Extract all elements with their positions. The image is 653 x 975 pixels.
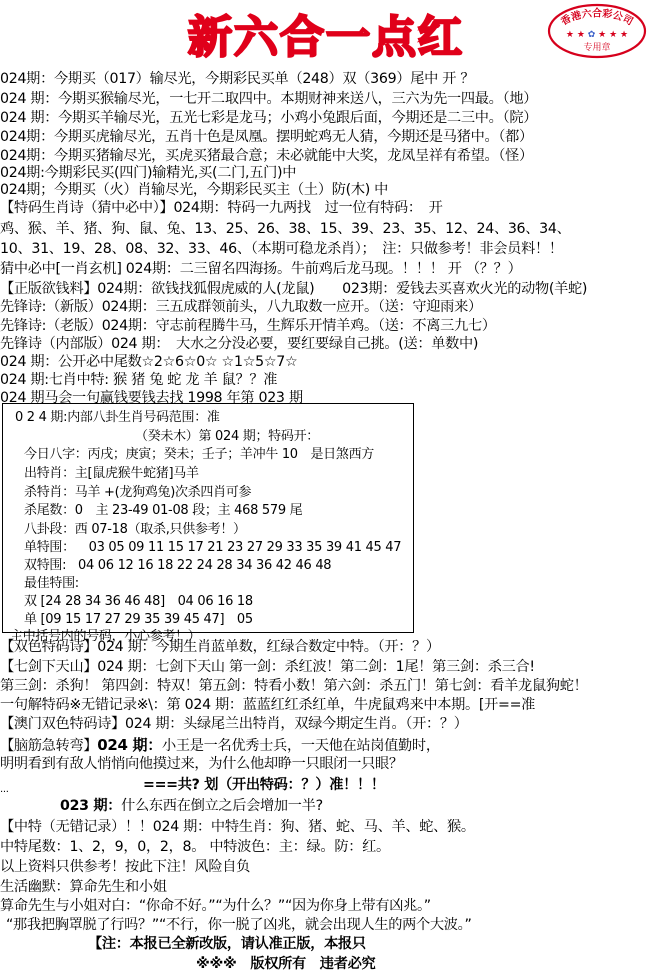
pioneer-poem-line: 先锋诗（内部版）024 期： 大水之分没必要，要红要绿自己挑。(送：单数中) bbox=[0, 335, 478, 354]
number-list-line: 鸡、猴、羊、猪、狗、鼠、兔、13、25、26、38、15、39、23、35、12… bbox=[0, 220, 571, 239]
ellipsis: ... bbox=[0, 780, 9, 799]
seven-zodiac-line: 024 期:七肖中特: 猴 猪 兔 蛇 龙 羊 鼠？？准 bbox=[0, 371, 277, 390]
one-sentence-code: 一句解特码※无错记录※\：第 024 期：蓝蓝红红杀红单，牛虎鼠鸡来中本期。[开… bbox=[0, 696, 535, 715]
disclaimer-line: 以上资料只供参考！按此下注！风险自负 bbox=[0, 858, 250, 877]
prev-riddle-question: 什么东西在倒立之后会增加一半? bbox=[121, 798, 323, 814]
riddle-issue: 024 期： bbox=[97, 736, 162, 754]
pioneer-poem-line: 先锋诗:（新版）024期：三五成群领前头，八九取数一应开。（送：守迎雨来） bbox=[0, 298, 482, 317]
section-zhengban: 【正版欲钱料】024期：欲钱找狐假虎威的人(龙鼠) 023期：爱钱去买喜欢火光的… bbox=[0, 280, 587, 299]
dan-te-wei-label: 单特围： bbox=[24, 540, 75, 555]
prediction-line: 024 期：今期买猴输尽光，一七开二取四中。本期财神来送八，三六为先一四最。（地… bbox=[0, 90, 537, 109]
section-macau-double-color: 【澳门双色特码诗】024 期：头绿尾兰出特肖，双绿今期定生肖。（开：？） bbox=[0, 715, 468, 734]
shuang-te-wei-line: 双特围: 04 06 12 16 18 22 24 28 34 36 42 46… bbox=[24, 557, 331, 574]
company-seal-stamp: 香港六合彩公司 ★ ★ ✿ ★ ★ ★ 专用章 bbox=[546, 2, 648, 60]
seven-swords-continued: 第三剑：杀狗！ 第四剑：特双！第五剑：特看小数！第六剑：杀五门！第七剑：看羊龙鼠… bbox=[0, 677, 588, 696]
box-subtitle: （癸未木）第 024 期；特码开： bbox=[135, 428, 319, 445]
footer-copyright: ※※※ 版权所有 违者必究 bbox=[196, 955, 375, 974]
shuang-te-wei-numbers: 04 06 12 16 18 22 24 28 34 36 42 46 48 bbox=[78, 558, 331, 573]
section-double-color: 【双色特码诗】024 期：今期生肖蓝单数，红绿合数定中特。（开：？） bbox=[0, 638, 440, 657]
shuang-te-wei-label: 双特围: bbox=[24, 558, 66, 573]
svg-text:★ ★ ✿ ★ ★ ★: ★ ★ ✿ ★ ★ ★ bbox=[566, 30, 628, 40]
riddle-line: 【脑筋急转弯】024 期：小王是一名优秀士兵，一天他在站岗值勤时， bbox=[0, 736, 440, 756]
bagua-duan-line: 八卦段：西 07-18（取杀,只供参考！） bbox=[24, 521, 246, 538]
box-title: 0 2 4 期:内部八卦生肖号码范围：准 bbox=[15, 409, 220, 426]
pioneer-poem-line: 先锋诗:（老版）024期：守志前程腾牛马，生辉乐开情羊鸡。（送：不离三九七） bbox=[0, 317, 496, 336]
svg-text:专用章: 专用章 bbox=[583, 41, 610, 53]
dan-te-wei-line: 单特围： 03 05 09 11 15 17 21 23 27 29 33 35… bbox=[24, 539, 401, 556]
bazi-line: 今日八字：丙戌；庚寅；癸未；壬子；羊冲牛 10 是日煞西方 bbox=[24, 446, 374, 463]
riddle-label: 【脑筋急转弯】 bbox=[0, 738, 97, 754]
footer-notice: 【注：本报已全新改版，请认准正版，本报只 bbox=[88, 935, 366, 954]
best-dan-line: 单 [09 15 17 27 29 35 39 45 47] 05 bbox=[24, 611, 253, 628]
number-list-line: 10、31、19、28、08、32、33、46、（本期可稳龙杀肖）； 注：只做参… bbox=[0, 240, 563, 259]
humor-title: 生活幽默：算命先生和小姐 bbox=[0, 878, 167, 897]
sha-wei-shu-line: 杀尾数：0 主 23-49 01-08 段；主 468 579 尾 bbox=[24, 502, 302, 519]
riddle-question-1: 小王是一名优秀士兵，一天他在站岗值勤时， bbox=[162, 738, 440, 754]
section-zodiac-poem: 【特码生肖诗（猜中必中）】024期：特码一九两找 过一位有特码： 开 bbox=[0, 199, 443, 218]
riddle-question-2: 明明看到有敌人悄悄向他摸过来，为什么他却睁一只眼闭一只眼？ bbox=[0, 755, 403, 774]
sha-te-xiao-line: 杀特肖：马羊 +(龙狗鸡兔)次杀四肖可参 bbox=[24, 484, 251, 501]
section-seven-swords: 【七剑下天山】024 期：七剑下天山 第一剑：杀红波！第二剑：1尾！第三剑：杀三… bbox=[0, 658, 535, 677]
zhongte-tail-color-line: 中特尾数：1、2，9，0，2，8。 中特波色：主：绿。防：红。 bbox=[0, 838, 390, 857]
page-title: 新六合一点红 bbox=[186, 10, 466, 65]
prediction-line: 024期：今期买虎输尽光，五肖十色是凤凰。摆明蛇鸡无人猜，今期还是马猪中。（都） bbox=[0, 128, 533, 147]
humor-line-1: 算命先生与小姐对白：“你命不好。”“为什么？”“因为你身上带有凶兆。” bbox=[0, 897, 431, 916]
chu-te-xiao-line: 出特肖：主[鼠虎猴牛蛇猪]马羊 bbox=[24, 465, 199, 482]
tail-number-line: 024 期：公开必中尾数☆2☆6☆0☆ ☆1☆5☆7☆ bbox=[0, 353, 297, 372]
best-label: 最佳特围: bbox=[24, 575, 79, 592]
seal-icon: 香港六合彩公司 ★ ★ ✿ ★ ★ ★ 专用章 bbox=[546, 2, 648, 60]
best-shuang-line: 双 [24 28 34 36 46 48] 04 06 16 18 bbox=[24, 593, 253, 610]
humor-line-2: “那我把胸罩脱了行吗？”“不行，你一脱了凶兆，就会出现人生的两个大波。” bbox=[6, 916, 472, 935]
riddle-answer: ===共? 划（开出特码：？）准！！！ bbox=[143, 776, 385, 795]
prev-riddle-issue: 023 期： bbox=[60, 798, 121, 814]
dan-te-wei-numbers: 03 05 09 11 15 17 21 23 27 29 33 35 39 4… bbox=[89, 540, 402, 555]
prev-riddle-line: 023 期：什么东西在倒立之后会增加一半? bbox=[60, 797, 323, 816]
prediction-line: 猜中必中[一肖玄机] 024期：二三留名四海扬。牛前鸡后龙马现。！！！ 开 （？… bbox=[0, 260, 521, 279]
bagua-range-box: 0 2 4 期:内部八卦生肖号码范围：准 （癸未木）第 024 期；特码开： 今… bbox=[2, 403, 414, 633]
zhongte-zodiac-line: 【中特（无错记录）！！024 期：中特生肖：狗、猪、蛇、马、羊、蛇、猴。 bbox=[0, 818, 475, 837]
prediction-line: 024期：今期买（017）输尽光，今期彩民买单（248）双（369）尾中 开 ？ bbox=[0, 70, 474, 89]
prediction-line: 024 期：今期买羊输尽光，五光七彩是龙马；小鸡小兔跟后面，今期还是二三中。（院… bbox=[0, 109, 537, 128]
prediction-line: 024期；今期买（火）肖输尽光，今期彩民买主（土）防(木) 中 bbox=[0, 181, 388, 200]
